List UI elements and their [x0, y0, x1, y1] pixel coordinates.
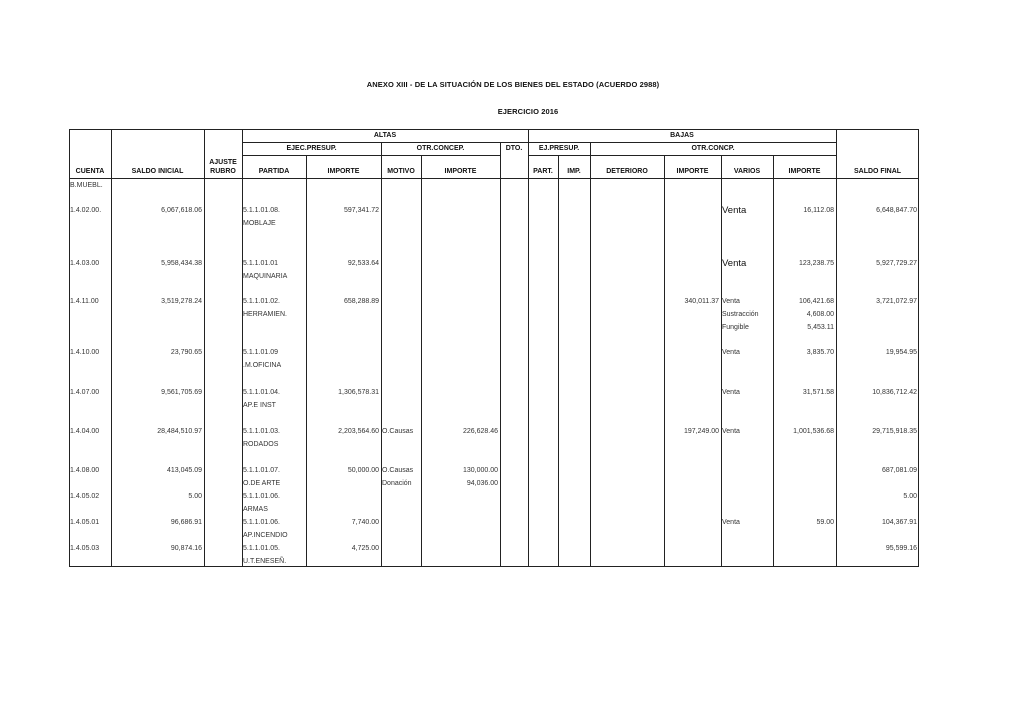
header-cuenta: CUENTA: [69, 167, 111, 176]
cell-partida-desc: AP.E INST: [243, 401, 276, 410]
cell-importe-otr: 94,036.00: [421, 479, 498, 488]
cell-saldo-inicial: 28,484,510.97: [111, 427, 202, 436]
cell-saldo-final: 687,081.09: [836, 466, 917, 475]
cell-varios: Venta: [722, 348, 740, 357]
cell-importe-altas: 92,533.64: [306, 259, 379, 268]
cell-importe-altas: 4,725.00: [306, 544, 379, 553]
cell-varios: Sustracción: [722, 310, 759, 319]
cell-saldo-inicial: 5.00: [111, 492, 202, 501]
header-importe-otr: IMPORTE: [421, 167, 500, 176]
cell-cuenta: 1.4.03.00: [70, 259, 99, 268]
cell-cuenta: 1.4.11.00: [70, 297, 99, 306]
grid-line: [528, 155, 836, 156]
cell-partida: 5.1.1.01.04.: [243, 388, 280, 397]
cell-importe-varios: 5,453.11: [773, 323, 834, 332]
header-dto: DTO.: [500, 144, 528, 153]
header-part: PART.: [528, 167, 558, 176]
cell-partida: 5.1.1.01.07.: [243, 466, 280, 475]
cell-partida: 5.1.1.01.09: [243, 348, 278, 357]
cell-partida-desc: RODADOS: [243, 440, 278, 449]
cell-cuenta: 1.4.05.01: [70, 518, 99, 527]
cell-importe-otr: 130,000.00: [421, 466, 498, 475]
cell-varios: Venta: [722, 518, 740, 527]
header-importe-deterioro: IMPORTE: [664, 167, 721, 176]
cell-saldo-final: 10,836,712.42: [836, 388, 917, 397]
grid-line: [306, 155, 307, 567]
cell-partida-desc: HERRAMIEN.: [243, 310, 287, 319]
grid-line: [421, 155, 422, 567]
cell-saldo-inicial: 9,561,705.69: [111, 388, 202, 397]
grid-line: [204, 129, 205, 567]
cell-saldo-inicial: 90,874.16: [111, 544, 202, 553]
cell-partida: 5.1.1.01.06.: [243, 492, 280, 501]
cell-partida-desc: ARMAS: [243, 505, 268, 514]
cell-importe-varios: 59.00: [773, 518, 834, 527]
header-otr-concp: OTR.CONCP.: [590, 144, 836, 153]
cell-cuenta: 1.4.05.02: [70, 492, 99, 501]
cell-varios: Venta: [722, 206, 746, 215]
cell-importe-varios: 16,112.08: [773, 206, 834, 215]
header-ajuste-rubro: AJUSTE RUBRO: [204, 158, 242, 176]
cell-importe-varios: 106,421.68: [773, 297, 834, 306]
cell-partida-desc: U.T.ENESEÑ.: [243, 557, 286, 566]
cell-saldo-final: 6,648,847.70: [836, 206, 917, 215]
cell-saldo-final: 3,721,072.97: [836, 297, 917, 306]
cell-importe-altas: 1,306,578.31: [306, 388, 379, 397]
cell-partida-desc: MAQUINARIA: [243, 272, 287, 281]
cell-importe-varios: 31,571.58: [773, 388, 834, 397]
cell-saldo-inicial: 23,790.65: [111, 348, 202, 357]
cell-cuenta: 1.4.04.00: [70, 427, 99, 436]
grid-line: [590, 142, 591, 567]
cell-saldo-final: 5.00: [836, 492, 917, 501]
cell-partida: 5.1.1.01.06.: [243, 518, 280, 527]
cell-partida-desc: MOBLAJE: [243, 219, 276, 228]
cell-varios: Venta: [722, 427, 740, 436]
header-otr-concep: OTR.CONCEP.: [381, 144, 500, 153]
cell-motivo: O.Causas: [382, 466, 413, 475]
document-subtitle: EJERCICIO 2016: [16, 107, 1024, 116]
cell-motivo: O.Causas: [382, 427, 413, 436]
cell-motivo: Donación: [382, 479, 412, 488]
cell-varios: Venta: [722, 259, 746, 268]
cell-importe-deterioro: 197,249.00: [664, 427, 719, 436]
grid-line: [528, 129, 529, 567]
grid-line: [242, 142, 836, 143]
cell-importe-altas: 7,740.00: [306, 518, 379, 527]
section-label: B.MUEBL.: [70, 181, 103, 190]
header-ejec-presup: EJEC.PRESUP.: [242, 144, 381, 153]
grid-line: [500, 142, 501, 567]
cell-importe-otr: 226,628.46: [421, 427, 498, 436]
cell-saldo-inicial: 3,519,278.24: [111, 297, 202, 306]
cell-varios: Fungible: [722, 323, 749, 332]
cell-partida: 5.1.1.01.05.: [243, 544, 280, 553]
cell-saldo-inicial: 413,045.09: [111, 466, 202, 475]
cell-saldo-final: 5,927,729.27: [836, 259, 917, 268]
cell-saldo-final: 19,954.95: [836, 348, 917, 357]
cell-saldo-final: 29,715,918.35: [836, 427, 917, 436]
cell-importe-altas: 2,203,564.60: [306, 427, 379, 436]
cell-importe-varios: 3,835.70: [773, 348, 834, 357]
cell-importe-varios: 1,001,536.68: [773, 427, 834, 436]
header-importe-varios: IMPORTE: [773, 167, 836, 176]
document-title: ANEXO XIII - DE LA SITUACIÓN DE LOS BIEN…: [1, 80, 1024, 89]
header-varios: VARIOS: [721, 167, 773, 176]
cell-partida: 5.1.1.01.03.: [243, 427, 280, 436]
cell-saldo-final: 104,367.91: [836, 518, 917, 527]
grid-line: [721, 155, 722, 567]
cell-saldo-inicial: 5,958,434.38: [111, 259, 202, 268]
header-motivo: MOTIVO: [381, 167, 421, 176]
cell-partida-desc: O.DE ARTE: [243, 479, 280, 488]
header-ej-presup: EJ.PRESUP.: [528, 144, 590, 153]
header-imp: IMP.: [558, 167, 590, 176]
cell-importe-varios: 123,238.75: [773, 259, 834, 268]
header-importe-altas: IMPORTE: [306, 167, 381, 176]
header-saldo-final: SALDO FINAL: [836, 167, 919, 176]
cell-saldo-inicial: 6,067,618.06: [111, 206, 202, 215]
cell-cuenta: 1.4.08.00: [70, 466, 99, 475]
cell-importe-altas: 50,000.00: [306, 466, 379, 475]
grid-line: [381, 142, 382, 567]
cell-varios: Venta: [722, 388, 740, 397]
cell-cuenta: 1.4.07.00: [70, 388, 99, 397]
header-partida: PARTIDA: [242, 167, 306, 176]
cell-saldo-inicial: 96,686.91: [111, 518, 202, 527]
cell-cuenta: 1.4.10.00: [70, 348, 99, 357]
grid-line: [242, 155, 500, 156]
grid-line: [69, 178, 919, 179]
cell-importe-deterioro: 340,011.37: [664, 297, 719, 306]
cell-partida-desc: .M.OFICINA: [243, 361, 281, 370]
cell-saldo-final: 95,599.16: [836, 544, 917, 553]
header-saldo-inicial: SALDO INICIAL: [111, 167, 204, 176]
grid-line: [664, 155, 665, 567]
header-altas: ALTAS: [242, 131, 528, 140]
cell-varios: Venta: [722, 297, 740, 306]
grid-line: [558, 155, 559, 567]
cell-cuenta: 1.4.02.00.: [70, 206, 101, 215]
cell-importe-altas: 597,341.72: [306, 206, 379, 215]
cell-partida: 5.1.1.01.02.: [243, 297, 280, 306]
header-deterioro: DETERIORO: [590, 167, 664, 176]
cell-cuenta: 1.4.05.03: [70, 544, 99, 553]
cell-partida-desc: AP.INCENDIO: [243, 531, 288, 540]
cell-partida: 5.1.1.01.08.: [243, 206, 280, 215]
cell-importe-varios: 4,608.00: [773, 310, 834, 319]
cell-partida: 5.1.1.01.01: [243, 259, 278, 268]
cell-importe-altas: 658,288.89: [306, 297, 379, 306]
header-bajas: BAJAS: [528, 131, 836, 140]
grid-line: [773, 155, 774, 567]
